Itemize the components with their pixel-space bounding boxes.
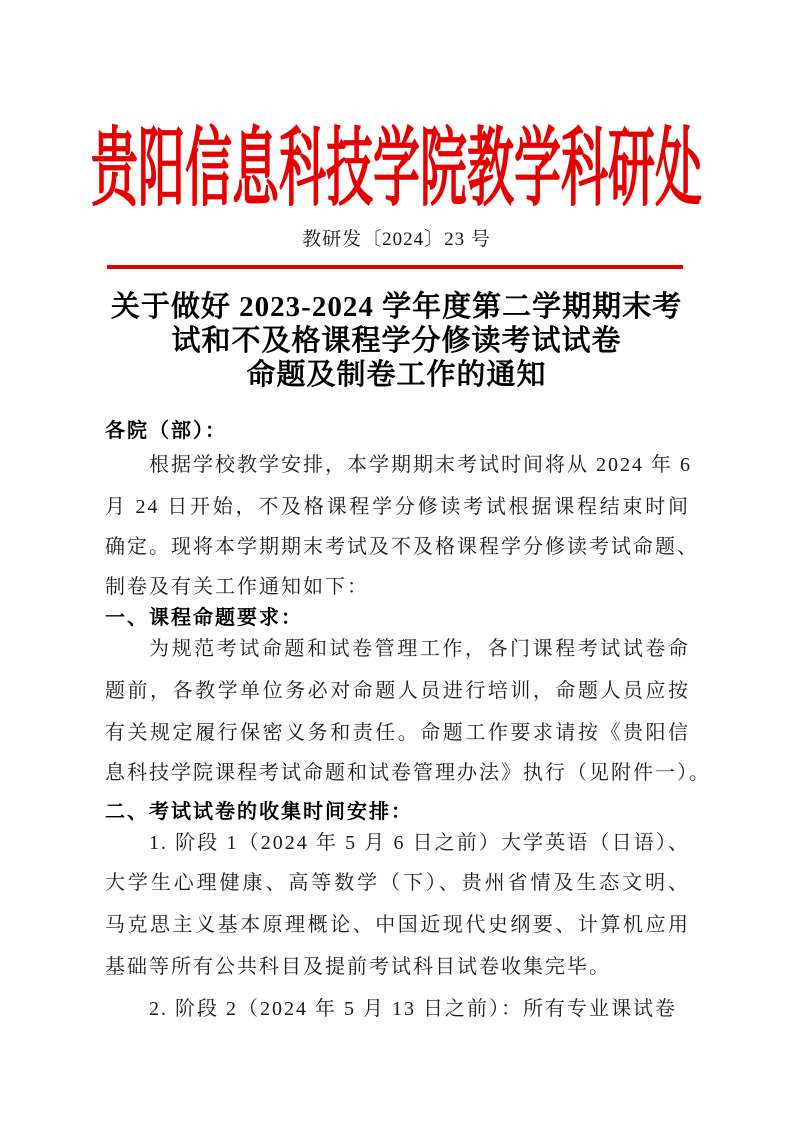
- body-line: 2. 阶段 2（2024 年 5 月 13 日之前）：所有专业课试卷: [105, 988, 690, 1031]
- body-line: 息科技学院课程考试命题和试卷管理办法》执行（见附件一）。: [105, 752, 690, 795]
- body-line: 大学生心理健康、高等数学（下）、贵州省情及生态文明、: [105, 862, 690, 905]
- document-number: 教研发〔2024〕23 号: [0, 227, 793, 253]
- notice-title-line-1: 关于做好 2023-2024 学年度第二学期期末考: [0, 290, 793, 324]
- body-line: 月 24 日开始，不及格课程学分修读考试根据课程结束时间: [105, 486, 690, 529]
- notice-title-line-3: 命题及制卷工作的通知: [0, 358, 793, 392]
- body-line: 基础等所有公共科目及提前考试科目试卷收集完毕。: [105, 946, 690, 989]
- notice-title-line-2: 试和不及格课程学分修读考试试卷: [0, 324, 793, 358]
- body-line: 马克思主义基本原理概论、中国近现代史纲要、计算机应用: [105, 904, 690, 947]
- red-divider-line: [107, 265, 683, 269]
- body-line: 有关规定履行保密义务和责任。命题工作要求请按《贵阳信: [105, 712, 690, 755]
- document-page: 贵阳信息科技学院教学科研处 教研发〔2024〕23 号 关于做好 2023-20…: [0, 0, 793, 1122]
- notice-title: 关于做好 2023-2024 学年度第二学期期末考 试和不及格课程学分修读考试试…: [0, 290, 793, 392]
- body-line: 根据学校教学安排，本学期期末考试时间将从 2024 年 6: [105, 444, 690, 487]
- body-line: 1. 阶段 1（2024 年 5 月 6 日之前）大学英语（日语）、: [105, 822, 690, 865]
- body-line: 题前，各教学单位务必对命题人员进行培训，命题人员应按: [105, 670, 690, 713]
- body-line: 确定。现将本学期期末考试及不及格课程学分修读考试命题、: [105, 526, 690, 569]
- salutation: 各院（部）：: [105, 416, 690, 446]
- body-line: 为规范考试命题和试卷管理工作，各门课程考试试卷命: [105, 628, 690, 671]
